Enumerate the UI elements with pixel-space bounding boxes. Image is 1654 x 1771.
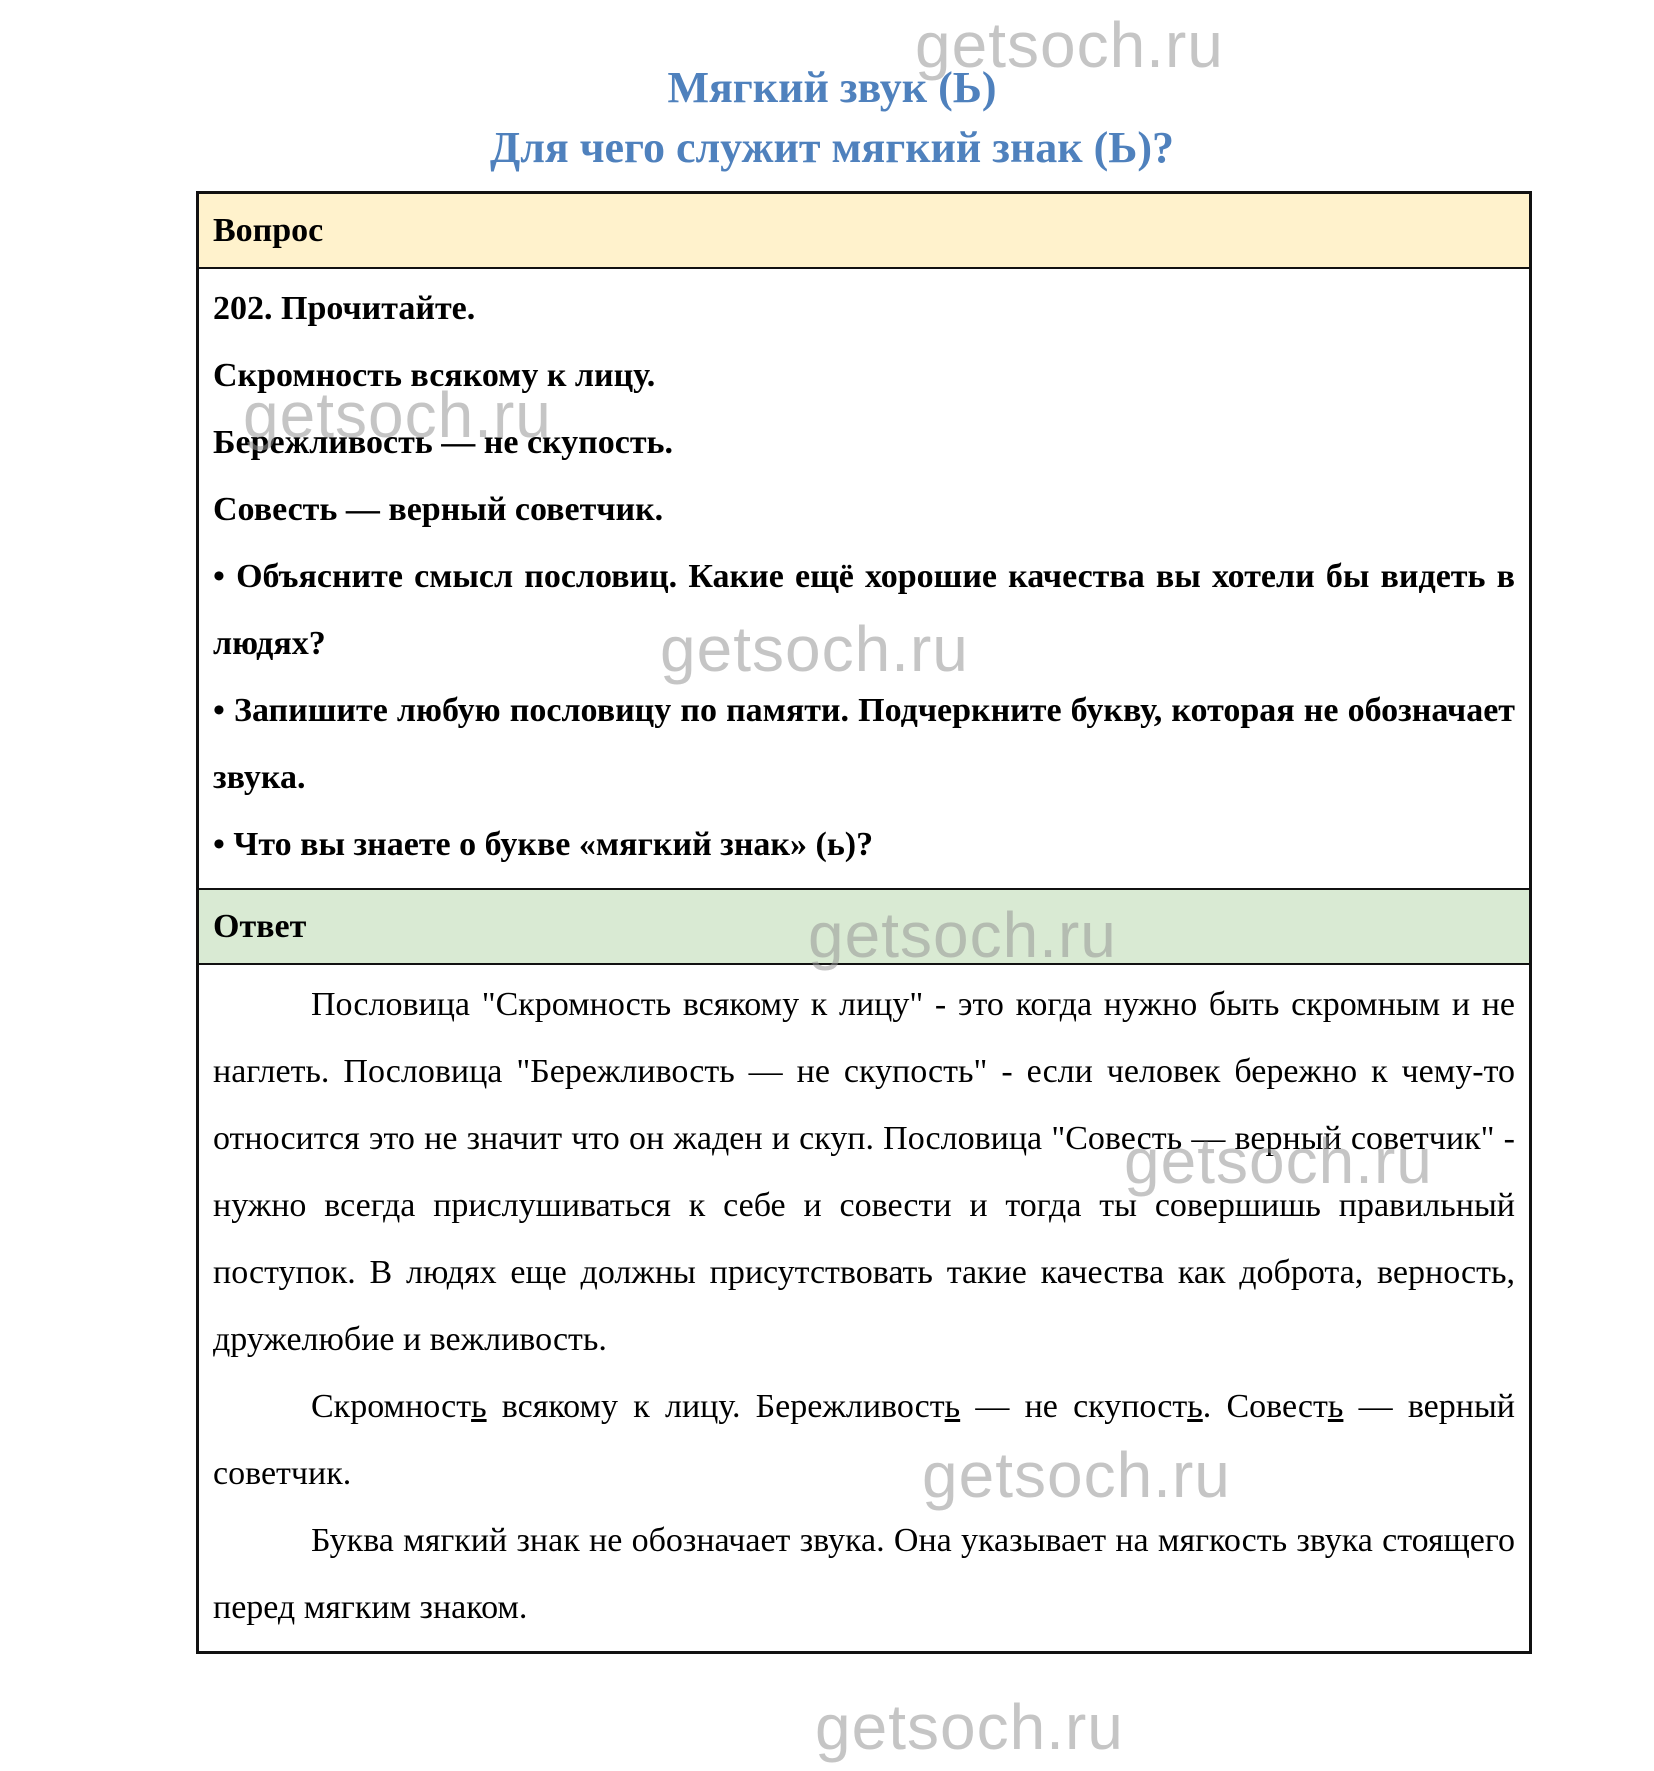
underlined-letter: ь: [471, 1388, 487, 1425]
page-subtitle: Для чего служит мягкий знак (Ь)?: [10, 118, 1654, 178]
answer-paragraph: Буква мягкий знак не обозначает звука. О…: [213, 1507, 1515, 1641]
underlined-letter: ь: [1187, 1388, 1203, 1425]
question-line: • Объясните смысл пословиц. Какие ещё хо…: [213, 543, 1515, 677]
answer-paragraph-proverbs: Скромность всякому к лицу. Бережливость …: [213, 1373, 1515, 1507]
watermark: getsoch.ru: [815, 1690, 1124, 1764]
question-line: • Запишите любую пословицу по памяти. По…: [213, 677, 1515, 811]
qa-table: Вопрос 202. Прочитайте. Скромность всяко…: [196, 191, 1532, 1654]
text: — не скупост: [960, 1388, 1187, 1425]
question-header: Вопрос: [199, 194, 1529, 269]
text: . Совест: [1203, 1388, 1328, 1425]
answer-body: Пословица "Скромность всякому к лицу" - …: [199, 965, 1529, 1651]
answer-header: Ответ: [199, 888, 1529, 965]
text: всякому к лицу. Бережливост: [487, 1388, 945, 1425]
answer-paragraph: Пословица "Скромность всякому к лицу" - …: [213, 971, 1515, 1373]
text: Скромност: [311, 1388, 471, 1425]
underlined-letter: ь: [1328, 1388, 1344, 1425]
titles: Мягкий звук (Ь) Для чего служит мягкий з…: [0, 58, 1654, 178]
question-line: Скромность всякому к лицу.: [213, 342, 1515, 409]
question-line: Бережливость — не скупость.: [213, 409, 1515, 476]
question-line: Совесть — верный советчик.: [213, 476, 1515, 543]
underlined-letter: ь: [945, 1388, 961, 1425]
question-line: • Что вы знаете о букве «мягкий знак» (ь…: [213, 811, 1515, 878]
question-body: 202. Прочитайте. Скромность всякому к ли…: [199, 269, 1529, 888]
question-line: 202. Прочитайте.: [213, 275, 1515, 342]
page-title: Мягкий звук (Ь): [10, 58, 1654, 118]
